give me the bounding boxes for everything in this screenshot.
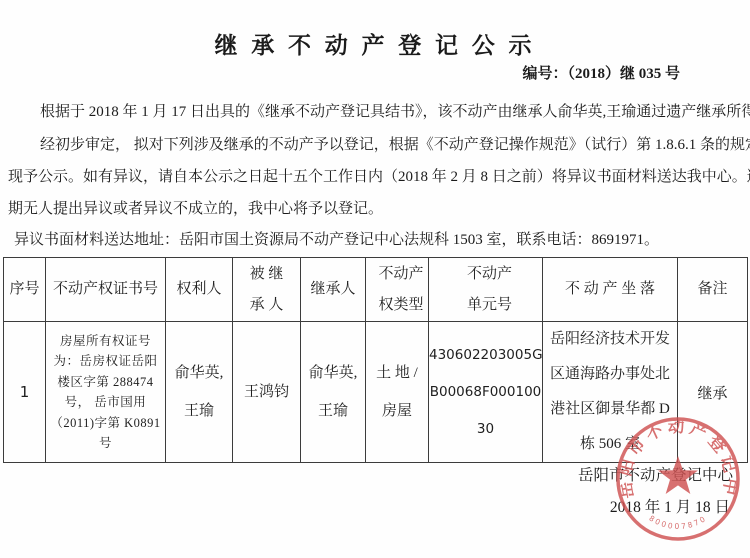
col-header-decedent: 被 继 承 人: [233, 258, 301, 322]
notice-document: 继 承 不 动 产 登 记 公 示 编号：（2018）继 035 号 根据于 2…: [0, 0, 750, 558]
col-header-heir: 继承人: [301, 258, 366, 322]
paragraph-line: 根据于 2018 年 1 月 17 日出具的《继承不动产登记具结书》，该不动产由…: [40, 103, 750, 121]
notice-table: 序号 不动产权证书号 权利人 被 继 承 人 继承人 不动产 权类型 不动产 单…: [3, 257, 748, 463]
doc-number: 编号：（2018）继 035 号: [522, 62, 680, 83]
paragraph-line: 异议书面材料送达地址：岳阳市国土资源局不动产登记中心法规科 1503 室，联系电…: [14, 231, 659, 249]
col-header-seq: 序号: [4, 258, 46, 322]
cell-remark: 继承: [678, 322, 748, 463]
col-header-property-type: 不动产 权类型: [366, 258, 429, 322]
cell-location: 岳阳经济技术开发 区通海路办事处北 港社区御景华都 D 栋 506 室: [543, 322, 678, 463]
col-header-right-holder: 权利人: [166, 258, 233, 322]
col-header-cert-no: 不动产权证书号: [46, 258, 166, 322]
table-row: 1 房屋所有权证号 为：岳房权证岳阳 楼区字第 288474 号， 岳市国用 （…: [4, 322, 748, 463]
paragraph-line: 期无人提出异议或者异议不成立的，我中心将予以登记。: [8, 200, 383, 218]
cell-unit-no: 430602203005G B00068F000100 30: [429, 322, 543, 463]
paragraph-line: 经初步审定， 拟对下列涉及继承的不动产予以登记，根据《不动产登记操作规范》（试行…: [40, 136, 750, 154]
cell-seq: 1: [4, 322, 46, 463]
col-header-unit-no: 不动产 单元号: [429, 258, 543, 322]
cell-property-type: 土 地 / 房屋: [366, 322, 429, 463]
paragraph-line: 现予公示。如有异议，请自本公示之日起十五个工作日内（2018 年 2 月 8 日…: [8, 168, 750, 186]
signature-date: 2018 年 1 月 18 日: [610, 495, 730, 517]
cell-right-holder: 俞华英, 王瑜: [166, 322, 233, 463]
col-header-location: 不 动 产 坐 落: [543, 258, 678, 322]
signature-org: 岳阳市不动产登记中心: [578, 463, 733, 485]
cell-cert-no: 房屋所有权证号 为：岳房权证岳阳 楼区字第 288474 号， 岳市国用 （20…: [46, 322, 166, 463]
cell-decedent: 王鸿钧: [233, 322, 301, 463]
table-header-row: 序号 不动产权证书号 权利人 被 继 承 人 继承人 不动产 权类型 不动产 单…: [4, 258, 748, 322]
cell-heir: 俞华英, 王瑜: [301, 322, 366, 463]
col-header-remark: 备注: [678, 258, 748, 322]
page-title: 继 承 不 动 产 登 记 公 示: [0, 27, 750, 60]
